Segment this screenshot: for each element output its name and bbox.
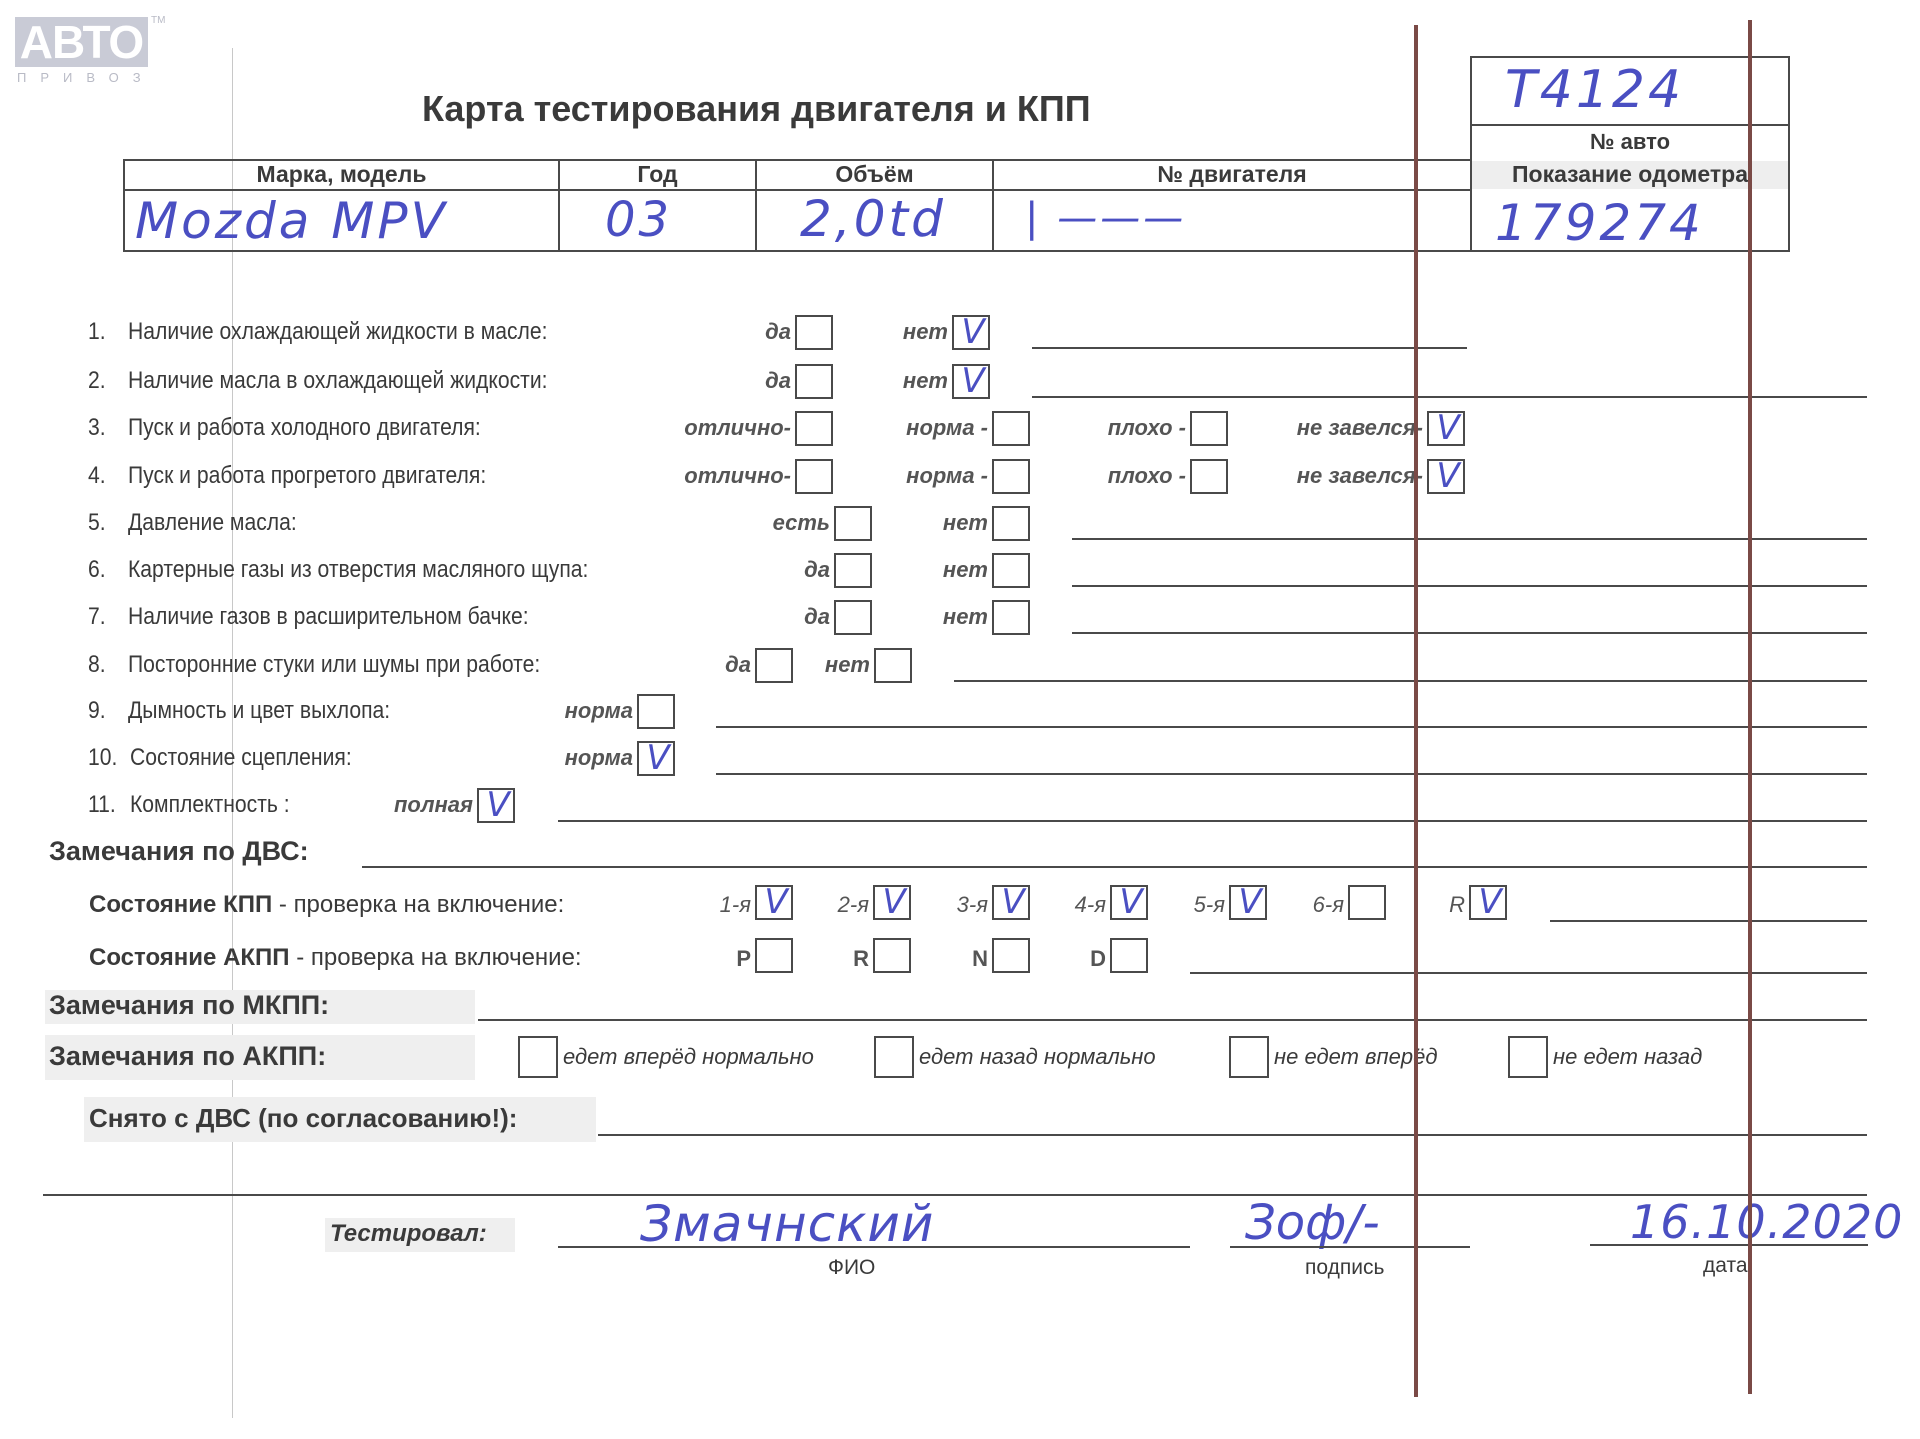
notes-line[interactable]	[716, 726, 1867, 728]
option-checkbox[interactable]	[1190, 411, 1228, 446]
item-number: 1.	[88, 318, 106, 346]
tested-by-label: Тестировал:	[330, 1220, 487, 1248]
vertical-fold-line-right	[1748, 20, 1752, 1394]
option-checkbox[interactable]	[992, 411, 1030, 446]
item-label: Давление масла:	[128, 509, 297, 537]
option-label: нет	[903, 368, 948, 394]
gear-checkbox[interactable]: V	[1110, 885, 1148, 920]
name-caption: ФИО	[828, 1256, 875, 1280]
option-label: нет	[825, 652, 870, 678]
mode-checkbox[interactable]	[873, 938, 911, 973]
gear-label: R	[1449, 892, 1465, 918]
mode-label: N	[972, 946, 988, 972]
check-mark-icon: V	[954, 317, 992, 352]
check-mark-icon: V	[639, 743, 677, 778]
separator-line	[43, 1194, 1867, 1196]
item-label: Наличие масла в охлаждающей жидкости:	[128, 367, 547, 395]
gear-label: 6-я	[1313, 892, 1344, 918]
mode-checkbox[interactable]	[755, 938, 793, 973]
option-label: плохо -	[1108, 415, 1186, 441]
option-checkbox[interactable]	[795, 411, 833, 446]
option-checkbox[interactable]	[1190, 459, 1228, 494]
item-label: Пуск и работа холодного двигателя:	[128, 414, 481, 442]
option-label: норма	[565, 745, 633, 771]
remark-checkbox[interactable]	[518, 1036, 558, 1078]
gear-checkbox[interactable]	[1348, 885, 1386, 920]
item-number: 5.	[88, 509, 106, 537]
signature-caption: подпись	[1305, 1256, 1384, 1280]
check-mark-icon: V	[479, 790, 517, 825]
manual-gearbox-line[interactable]	[1550, 920, 1867, 922]
option-label: отлично-	[684, 415, 791, 441]
option-label: не завелся-	[1297, 415, 1423, 441]
item-label: Дымность и цвет выхлопа:	[128, 697, 390, 725]
odometer-value[interactable]: 179274	[1495, 194, 1704, 252]
option-checkbox[interactable]	[992, 553, 1030, 588]
option-checkbox[interactable]	[874, 648, 912, 683]
gear-checkbox[interactable]: V	[992, 885, 1030, 920]
gear-label: 3-я	[957, 892, 988, 918]
check-mark-icon: V	[757, 887, 795, 922]
auto-gearbox-line[interactable]	[1190, 972, 1867, 974]
remarks-manual-line[interactable]	[478, 1019, 1867, 1021]
header-make-model: Марка, модель	[125, 161, 558, 188]
logo-subtitle: ПРИВОЗ	[17, 70, 155, 85]
gear-label: 4-я	[1075, 892, 1106, 918]
year-value[interactable]: 03	[605, 192, 672, 248]
remarks-manual-label: Замечания по МКПП:	[49, 990, 329, 1021]
option-label: нет	[903, 319, 948, 345]
logo-trademark: TM	[151, 15, 165, 26]
item-number: 8.	[88, 651, 106, 679]
auto-number-label: № авто	[1472, 129, 1788, 155]
remark-checkbox[interactable]	[874, 1036, 914, 1078]
gear-checkbox[interactable]: V	[873, 885, 911, 920]
item-label: Комплектность :	[130, 791, 290, 819]
check-mark-icon: V	[1231, 887, 1269, 922]
check-mark-icon: V	[875, 887, 913, 922]
option-checkbox[interactable]	[834, 506, 872, 541]
item-number: 3.	[88, 414, 106, 442]
check-mark-icon: V	[994, 887, 1032, 922]
item-number: 9.	[88, 697, 106, 725]
check-mark-icon: V	[1429, 461, 1467, 496]
option-checkbox[interactable]: V	[952, 315, 990, 350]
option-label: отлично-	[684, 463, 791, 489]
option-label: есть	[773, 510, 830, 536]
item-label: Наличие охлаждающей жидкости в масле:	[128, 318, 547, 346]
notes-line[interactable]	[558, 820, 1867, 822]
remark-option-label: не едет вперёд	[1274, 1044, 1438, 1070]
option-label: да	[725, 652, 751, 678]
item-number: 10.	[88, 744, 117, 772]
item-label: Наличие газов в расширительном бачке:	[128, 603, 529, 631]
option-label: плохо -	[1108, 463, 1186, 489]
option-label: норма	[565, 698, 633, 724]
remarks-engine-line[interactable]	[362, 866, 1867, 868]
header-volume: Объём	[757, 161, 992, 188]
notes-line[interactable]	[954, 680, 1867, 682]
option-label: да	[804, 604, 830, 630]
check-mark-icon: V	[954, 366, 992, 401]
item-label: Посторонние стуки или шумы при работе:	[128, 651, 540, 679]
item-label: Состояние сцепления:	[130, 744, 352, 772]
mode-label: D	[1090, 946, 1106, 972]
signature-line	[1230, 1246, 1470, 1248]
option-label: да	[765, 368, 791, 394]
option-checkbox[interactable]: V	[637, 741, 675, 776]
auto-number-value[interactable]: T4124	[1505, 60, 1684, 120]
tester-name-value[interactable]: Змачнский	[640, 1195, 934, 1253]
check-mark-icon: V	[1471, 887, 1509, 922]
mode-checkbox[interactable]	[992, 938, 1030, 973]
logo: АВТО	[15, 17, 148, 67]
mode-label: P	[736, 946, 751, 972]
header-engine-number: № двигателя	[994, 161, 1470, 188]
remarks-auto-label: Замечания по АКПП:	[49, 1041, 326, 1072]
option-checkbox[interactable]: V	[1427, 411, 1465, 446]
option-checkbox[interactable]	[834, 600, 872, 635]
vertical-fold-line-left	[1414, 25, 1418, 1397]
remarks-engine-label: Замечания по ДВС:	[49, 836, 309, 867]
notes-line[interactable]	[1032, 396, 1867, 398]
auto-gearbox-label: Состояние АКПП - проверка на включение:	[89, 944, 582, 972]
volume-value[interactable]: 2,0td	[800, 190, 946, 248]
gear-label: 5-я	[1194, 892, 1225, 918]
option-label: норма -	[906, 415, 988, 441]
item-number: 4.	[88, 462, 106, 490]
gear-checkbox[interactable]: V	[755, 885, 793, 920]
remark-option-label: едет вперёд нормально	[563, 1044, 814, 1070]
make-model-value[interactable]: Mozda MPV	[135, 192, 448, 250]
option-label: нет	[943, 510, 988, 536]
option-checkbox[interactable]: V	[1427, 459, 1465, 494]
notes-line[interactable]	[1032, 347, 1467, 349]
option-checkbox[interactable]	[992, 600, 1030, 635]
date-caption: дата	[1703, 1254, 1748, 1278]
notes-line[interactable]	[716, 773, 1867, 775]
item-label: Пуск и работа прогретого двигателя:	[128, 462, 486, 490]
check-mark-icon: V	[1112, 887, 1150, 922]
item-number: 2.	[88, 367, 106, 395]
date-value[interactable]: 16.10.2020	[1630, 1195, 1903, 1249]
option-label: не завелся-	[1297, 463, 1423, 489]
gear-checkbox[interactable]: V	[1229, 885, 1267, 920]
header-year: Год	[560, 161, 755, 188]
option-label: норма -	[906, 463, 988, 489]
option-label: нет	[943, 557, 988, 583]
option-checkbox[interactable]	[755, 648, 793, 683]
date-line	[1590, 1244, 1868, 1246]
option-checkbox[interactable]	[795, 459, 833, 494]
remark-option-label: не едет назад	[1553, 1044, 1702, 1070]
item-number: 11.	[88, 791, 116, 819]
scan-line	[232, 48, 233, 1418]
gear-label: 1-я	[720, 892, 751, 918]
option-label: полная	[394, 792, 473, 818]
option-checkbox[interactable]: V	[952, 364, 990, 399]
check-mark-icon: V	[1429, 413, 1467, 448]
gear-label: 2-я	[838, 892, 869, 918]
removed-from-engine-label: Снято с ДВС (по согласованию!):	[89, 1103, 517, 1134]
mode-checkbox[interactable]	[1110, 938, 1148, 973]
option-label: да	[804, 557, 830, 583]
option-checkbox[interactable]	[795, 315, 833, 350]
item-label: Картерные газы из отверстия масляного щу…	[128, 556, 588, 584]
remark-option-label: едет назад нормально	[919, 1044, 1156, 1070]
option-checkbox[interactable]: V	[477, 788, 515, 823]
engine-number-value[interactable]: | ———	[1025, 195, 1186, 241]
gear-checkbox[interactable]: V	[1469, 885, 1507, 920]
remark-checkbox[interactable]	[1229, 1036, 1269, 1078]
item-number: 6.	[88, 556, 106, 584]
option-label: нет	[943, 604, 988, 630]
removed-from-engine-line[interactable]	[598, 1134, 1867, 1136]
remark-checkbox[interactable]	[1508, 1036, 1548, 1078]
manual-gearbox-label: Состояние КПП - проверка на включение:	[89, 891, 564, 919]
signature-value[interactable]: Зоф/-	[1245, 1195, 1380, 1251]
odometer-label: Показание одометра	[1472, 161, 1788, 188]
option-checkbox[interactable]	[795, 364, 833, 399]
option-checkbox[interactable]	[637, 694, 675, 729]
page-title: Карта тестирования двигателя и КПП	[422, 88, 1091, 130]
option-checkbox[interactable]	[992, 459, 1030, 494]
item-number: 7.	[88, 603, 106, 631]
name-line	[558, 1246, 1190, 1248]
option-checkbox[interactable]	[992, 506, 1030, 541]
option-label: да	[765, 319, 791, 345]
mode-label: R	[853, 946, 869, 972]
option-checkbox[interactable]	[834, 553, 872, 588]
